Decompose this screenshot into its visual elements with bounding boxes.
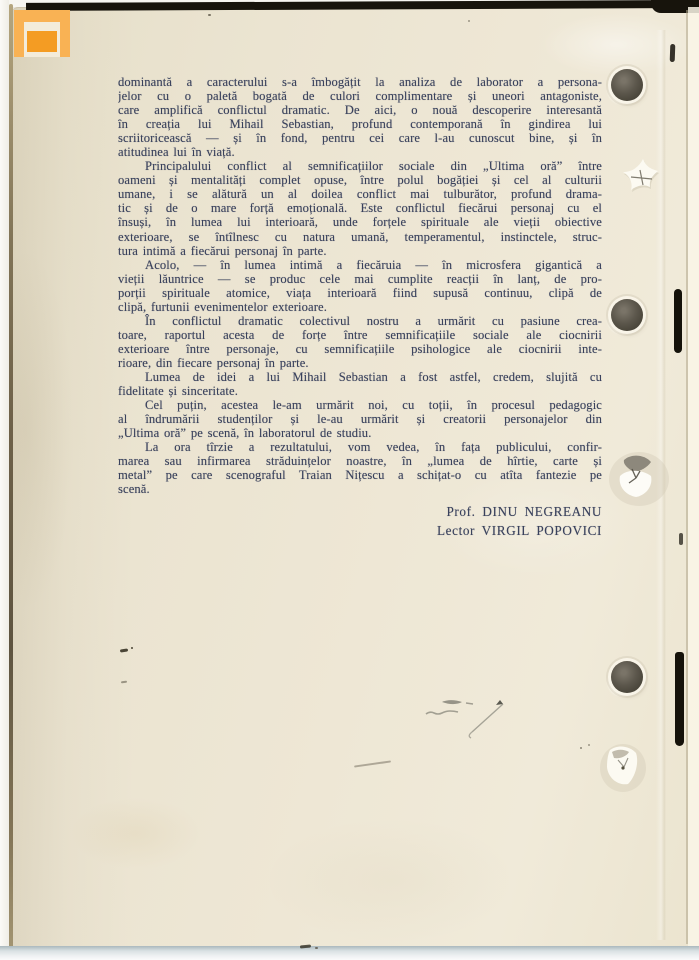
text-line: clipă, furtunii evenimentelor exterioare… — [118, 300, 602, 314]
text-line: toare, raportul acesta de forțe între se… — [118, 328, 602, 342]
text-line: tic și de o mare forță emoțională. Este … — [118, 201, 602, 215]
punch-hole — [611, 661, 643, 693]
text-line: La ora tîrzie a rezultatului, vom vedea,… — [118, 440, 602, 454]
text-line: „Ultima oră” pe scenă, în laboratorul de… — [118, 426, 602, 440]
text-line: exterioare, se întîlnesc cu natura umană… — [118, 230, 602, 244]
text-line: umane, i se alătură un al doilea conflic… — [118, 187, 602, 201]
text-line: însuși, în lumea lui interioară, unde fo… — [118, 215, 602, 229]
text-line: jelor cu o paletă bogată de culori compl… — [118, 89, 602, 103]
text-line: tura intimă a fiecărui personaj în parte… — [118, 244, 602, 258]
paragraph: Acolo, — în lumea intimă a fiecăruia — î… — [118, 258, 602, 314]
binder-gap-mark — [679, 533, 683, 545]
ink-speck — [315, 947, 318, 949]
orange-frame-icon-core — [27, 31, 57, 52]
paragraph: La ora tîrzie a rezultatului, vom vedea,… — [118, 440, 602, 496]
text-line: marea sau infirmarea străduințelor noast… — [118, 454, 602, 468]
text-line: oameni și mentalități complet opuse, înt… — [118, 173, 602, 187]
signature-line: Lector VIRGIL POPOVICI — [118, 522, 602, 541]
paragraph: Cel puțin, acestea le-am urmărit noi, cu… — [118, 398, 602, 440]
text-line: porții spirituale atomice, viața interio… — [118, 286, 602, 300]
text-line: dominantă a caracterului s-a îmbogățit l… — [118, 75, 602, 89]
text-line: exterioare între personaje, cu semnifica… — [118, 342, 602, 356]
text-line: În conflictul dramatic colectivul nostru… — [118, 314, 602, 328]
paragraph: Principalului conflict al semnificațiilo… — [118, 159, 602, 257]
text-line: atitudinea lui în viață. — [118, 145, 602, 159]
punch-hole — [611, 69, 643, 101]
ink-speck — [131, 647, 133, 649]
paragraph: dominantă a caracterului s-a îmbogățit l… — [118, 75, 602, 159]
text-line: fidelitate și sinceritate. — [118, 384, 602, 398]
binder-gap-mark — [670, 44, 676, 62]
text-line: vieții lăuntrice — se produc cele mai cu… — [118, 272, 602, 286]
scanned-page-photo: dominantă a caracterului s-a îmbogățit l… — [0, 0, 699, 960]
orange-frame-icon — [14, 10, 70, 57]
signature-line: Prof. DINU NEGREANU — [118, 503, 602, 522]
ink-speck — [588, 744, 590, 746]
binder-gap-mark — [675, 652, 684, 746]
paragraph: Lumea de idei a lui Mihail Sebastian a f… — [118, 370, 602, 398]
ink-speck — [208, 14, 211, 16]
text-line: Cel puțin, acestea le-am urmărit noi, cu… — [118, 398, 602, 412]
text-line: al îndrumării studenților și le-au urmăr… — [118, 412, 602, 426]
ink-speck — [580, 747, 582, 749]
text-line: Principalului conflict al semnificațiilo… — [118, 159, 602, 173]
scan-margin-bottom — [0, 946, 699, 960]
ink-speck — [468, 20, 470, 22]
text-line: scriitoricească — și în fond, pentru cei… — [118, 131, 602, 145]
page-right-edge-line — [686, 10, 688, 944]
text-line: care amplifică conflictul dramatic. De a… — [118, 103, 602, 117]
scan-margin-left — [0, 0, 9, 960]
binder-gap-mark — [674, 289, 682, 353]
text-line: Lumea de idei a lui Mihail Sebastian a f… — [118, 370, 602, 384]
signature-block: Prof. DINU NEGREANU Lector VIRGIL POPOVI… — [118, 503, 602, 540]
punch-hole — [611, 299, 643, 331]
body-text: dominantă a caracterului s-a îmbogățit l… — [118, 75, 602, 496]
page-fold-edge — [9, 4, 13, 952]
text-line: metal” pe care scenograful Traian Nițesc… — [118, 468, 602, 482]
torn-spot — [616, 156, 668, 208]
pencil-scribble — [408, 694, 528, 742]
text-line: Acolo, — în lumea intimă a fiecăruia — î… — [118, 258, 602, 272]
text-line: în creația lui Mihail Sebastian, profund… — [118, 117, 602, 131]
paragraph: În conflictul dramatic colectivul nostru… — [118, 314, 602, 370]
torn-spot — [606, 448, 670, 510]
text-line: scenă. — [118, 482, 602, 496]
torn-spot — [598, 740, 650, 794]
page-right-edge — [688, 7, 699, 946]
text-line: rioare, din fiecare personaj în parte. — [118, 356, 602, 370]
